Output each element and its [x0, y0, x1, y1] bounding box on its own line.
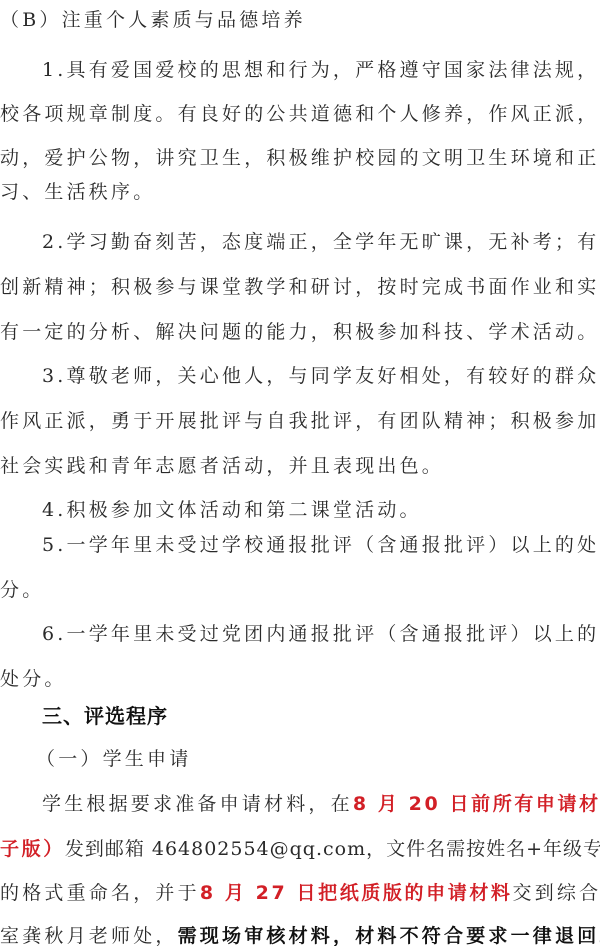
item-4-line-1: 4.积极参加文体活动和第二课堂活动。: [42, 498, 600, 522]
item-3-line-1: 3.尊敬老师，关心他人，与同学友好相处，有较好的群众基础，: [42, 364, 600, 388]
section-b-title: （B）注重个人素质与品德培养: [0, 8, 600, 32]
para-text: 的格式重命名，并于: [0, 882, 200, 904]
item-2-line-3: 有一定的分析、解决问题的能力，积极参加科技、学术活动。: [0, 320, 600, 344]
section-3-sub-heading: （一）学生申请: [36, 747, 600, 771]
item-3-line-3: 社会实践和青年志愿者活动，并且表现出色。: [0, 454, 600, 478]
para-text: 学生根据要求准备申请材料，在: [42, 793, 353, 815]
para-text: 室龚秋月老师处，: [0, 925, 178, 946]
item-1-line-3: 动，爱护公物，讲究卫生，积极维护校园的文明卫生环境和正常的学: [0, 146, 600, 170]
deadline-paper: 8 月 27 日把纸质版的申请材料: [200, 882, 513, 904]
item-6-line-1: 6.一学年里未受过党团内通报批评（含通报批评）以上的处理或: [42, 622, 600, 646]
item-2-line-2: 创新精神；积极参与课堂教学和研讨，按时完成书面作业和实验报告；: [0, 275, 600, 299]
item-5-line-2: 分。: [0, 578, 600, 602]
item-2-line-1: 2.学习勤奋刻苦，态度端正，全学年无旷课，无补考；有钻研和: [42, 230, 600, 254]
item-1-line-1: 1.具有爱国爱校的思想和行为，严格遵守国家法律法规，遵守学: [42, 58, 600, 82]
para-line-4: 室龚秋月老师处，需现场审核材料，材料不符合要求一律退回。过期: [0, 924, 600, 946]
para-line-3: 的格式重命名，并于8 月 27 日把纸质版的申请材料交到综合楼 304: [0, 881, 600, 905]
item-5-line-1: 5.一学年里未受过学校通报批评（含通报批评）以上的处理或处: [42, 533, 600, 557]
item-3-line-2: 作风正派，勇于开展批评与自我批评，有团队精神；积极参加集体、: [0, 409, 600, 433]
para-line-2: 子版）发到邮箱 464802554@qq.com，文件名需按姓名+年级专业班级: [0, 837, 600, 861]
para-line-1: 学生根据要求准备申请材料，在8 月 20 日前所有申请材料（电: [42, 792, 600, 816]
item-1-line-4: 习、生活秩序。: [0, 180, 600, 204]
para-text-email: 发到邮箱 464802554@qq.com，文件名需按姓名+年级专业班级: [65, 838, 600, 860]
section-3-heading: 三、评选程序: [42, 704, 600, 728]
item-1-line-2: 校各项规章制度。有良好的公共道德和个人修养，作风正派，热爱劳: [0, 102, 600, 126]
deadline-electronic-cont: 子版）: [0, 838, 65, 860]
para-text: 交到综合楼 304: [513, 882, 600, 904]
item-6-line-2: 处分。: [0, 667, 600, 691]
review-notice: 需现场审核材料，材料不符合要求一律退回。过期: [178, 925, 600, 946]
deadline-electronic: 8 月 20 日前所有申请材料（电: [353, 793, 600, 815]
